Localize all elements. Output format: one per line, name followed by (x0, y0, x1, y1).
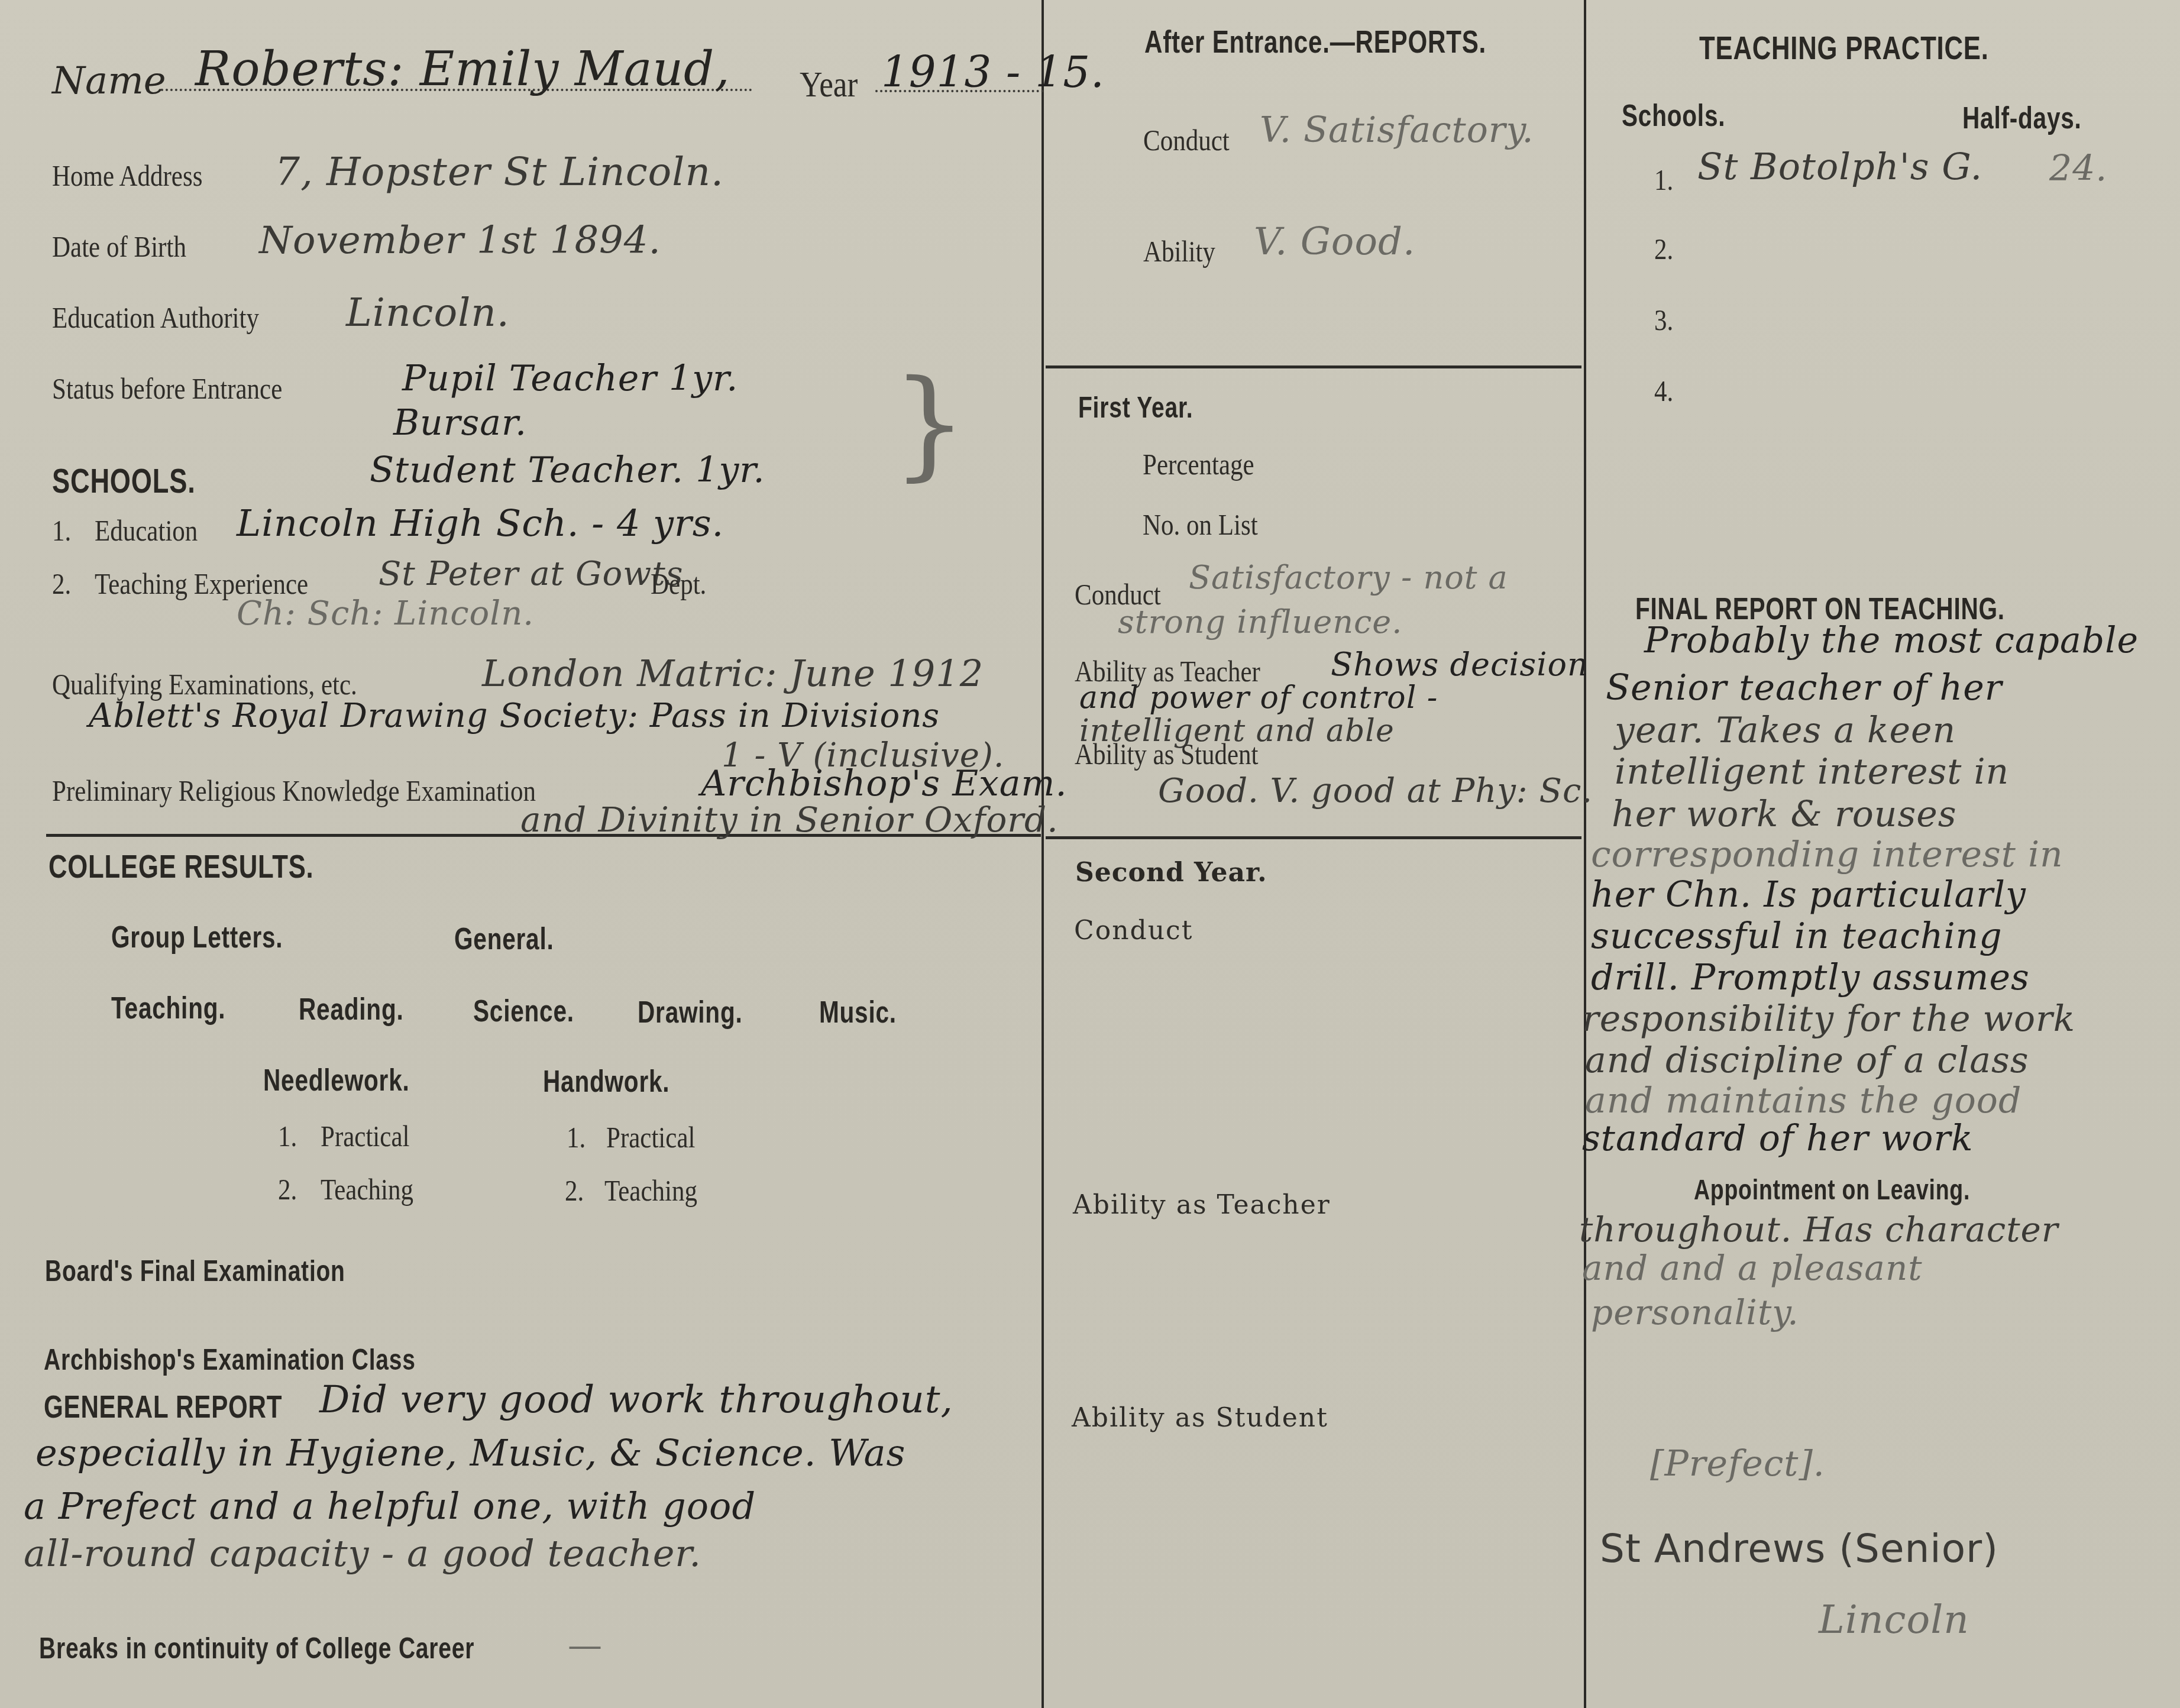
final-report-line-4: intelligent interest in (1615, 751, 2009, 792)
education-authority-value: Lincoln. (346, 290, 510, 335)
first-year-ability-student-label: Ability as Student (1075, 737, 1259, 771)
practice-row-1-num: 1. (1654, 163, 1673, 197)
name-value: Roberts: Emily Maud, (195, 41, 730, 96)
status-bracket: } (892, 355, 968, 493)
final-report-cont-line-1: throughout. Has character (1579, 1209, 2059, 1250)
archbishops-class-label: Archbishop's Examination Class (44, 1343, 416, 1377)
record-card: Name Roberts: Emily Maud, Year 1913 - 15… (0, 0, 2180, 1708)
general-report-line-3: a Prefect and a helpful one, with good (24, 1484, 756, 1528)
group-letters-label: Group Letters. (111, 920, 283, 955)
home-address-value: 7, Hopster St Lincoln. (275, 149, 724, 195)
subject-drawing: Drawing. (638, 995, 743, 1030)
first-year-conduct-line-2: strong influence. (1118, 603, 1402, 640)
status-value-1: Pupil Teacher 1yr. (402, 358, 738, 399)
final-report-cont-line-3: personality. (1591, 1292, 1799, 1332)
general-report-label: GENERAL REPORT (44, 1389, 282, 1425)
final-report-line-12: and maintains the good (1585, 1080, 2021, 1121)
column-divider-right (1584, 0, 1586, 1708)
final-report-cont-line-2: and and a pleasant (1582, 1248, 1923, 1288)
preliminary-value-1: Archbishop's Exam. (701, 763, 1068, 804)
percentage-label: Percentage (1143, 447, 1254, 481)
practice-row-2-num: 2. (1654, 232, 1673, 266)
home-address-label: Home Address (52, 158, 202, 193)
first-year-ability-teacher-line-2: and power of control - (1079, 680, 1438, 716)
practice-row-4-num: 4. (1654, 374, 1673, 408)
handwork-practical-num: 1. (567, 1120, 586, 1154)
entrance-ability-label: Ability (1143, 234, 1215, 269)
final-report-line-6: corresponding interest in (1591, 834, 2063, 875)
practice-row-3-num: 3. (1654, 303, 1673, 337)
general-report-line-4: all-round capacity - a good teacher. (24, 1532, 701, 1575)
general-report-line-1: Did very good work throughout, (319, 1378, 953, 1422)
appointment-line-2: Lincoln (1819, 1597, 1969, 1642)
needlework-teaching: Teaching (321, 1172, 413, 1206)
second-year-ability-teacher-label: Ability as Teacher (1073, 1190, 1331, 1220)
year-value: 1913 - 15. (881, 47, 1105, 97)
teaching-value-2: Ch: Sch: Lincoln. (237, 594, 534, 633)
final-report-line-10: responsibility for the work (1582, 998, 2075, 1040)
status-label: Status before Entrance (52, 371, 282, 406)
dob-value: November 1st 1894. (259, 219, 661, 263)
status-value-2: Bursar. (393, 402, 527, 444)
entrance-conduct-label: Conduct (1143, 123, 1230, 157)
education-num: 1. (52, 513, 71, 548)
subject-reading: Reading. (299, 992, 404, 1027)
rule-middle-top (1046, 365, 1581, 368)
schools-heading: SCHOOLS. (52, 461, 196, 501)
subject-music: Music. (819, 995, 897, 1030)
general-label: General. (454, 921, 554, 957)
appointment-line-1: St Andrews (Senior) (1600, 1526, 1998, 1571)
final-report-line-9: drill. Promptly assumes (1591, 957, 2030, 998)
final-report-line-5: her work & rouses (1612, 794, 1957, 835)
dob-label: Date of Birth (52, 229, 186, 264)
qualifying-value-2: Ablett's Royal Drawing Society: Pass in … (89, 697, 940, 735)
teaching-value-1: St Peter at Gowts (379, 555, 684, 593)
reports-heading: After Entrance.—REPORTS. (1144, 24, 1486, 60)
needlework-label: Needlework. (263, 1063, 410, 1098)
first-year-conduct-line-1: Satisfactory - not a (1189, 559, 1508, 596)
needlework-practical-num: 1. (278, 1119, 297, 1153)
final-report-line-2: Senior teacher of her (1606, 667, 2002, 709)
name-label: Name (52, 59, 166, 103)
teaching-dept: Dept. (651, 567, 706, 601)
entrance-conduct-value: V. Satisfactory. (1260, 109, 1534, 151)
final-report-line-11: and discipline of a class (1585, 1040, 2029, 1081)
first-year-ability-student-value: Good. V. good at Phy: Sc. (1158, 772, 1593, 810)
general-report-line-2: especially in Hygiene, Music, & Science.… (35, 1431, 905, 1474)
education-authority-label: Education Authority (52, 300, 259, 335)
qualifying-value-1: London Matric: June 1912 (482, 652, 984, 695)
second-year-conduct-label: Conduct (1074, 916, 1193, 946)
status-value-3: Student Teacher. 1yr. (370, 449, 765, 491)
rule-middle-bottom (1046, 836, 1581, 839)
preliminary-label: Preliminary Religious Knowledge Examinat… (52, 774, 536, 808)
prefect-note: [Prefect]. (1650, 1443, 1825, 1484)
final-report-line-8: successful in teaching (1591, 916, 2003, 957)
teaching-practice-heading: TEACHING PRACTICE. (1699, 28, 1989, 67)
final-report-line-1: Probably the most capable (1644, 620, 2139, 661)
appointment-heading: Appointment on Leaving. (1694, 1174, 1970, 1206)
final-report-line-7: her Chn. Is particularly (1591, 874, 2026, 916)
education-label: Education (95, 513, 198, 548)
preliminary-value-2: and Divinity in Senior Oxford. (520, 800, 1059, 840)
subject-teaching: Teaching. (111, 991, 225, 1026)
final-report-line-13: standard of her work (1582, 1118, 1973, 1159)
no-on-list-label: No. on List (1143, 507, 1258, 542)
first-year-ability-teacher-line-1: Shows decision (1331, 646, 1589, 683)
breaks-value: — (568, 1625, 603, 1665)
column-divider-left (1042, 0, 1044, 1708)
education-value: Lincoln High Sch. - 4 yrs. (237, 502, 724, 545)
practice-row-1-school: St Botolph's G. (1697, 145, 1982, 188)
college-results-heading: COLLEGE RESULTS. (48, 847, 314, 885)
boards-final-label: Board's Final Examination (45, 1254, 345, 1288)
subject-science: Science. (473, 994, 574, 1029)
first-year-heading: First Year. (1078, 390, 1193, 425)
handwork-teaching: Teaching (604, 1173, 697, 1208)
teaching-num: 2. (52, 567, 71, 601)
final-report-line-3: year. Takes a keen (1615, 710, 1956, 751)
needlework-practical: Practical (321, 1119, 409, 1153)
entrance-ability-value: V. Good. (1254, 220, 1415, 264)
handwork-label: Handwork. (543, 1064, 669, 1099)
handwork-practical: Practical (606, 1120, 695, 1154)
half-days-label: Half-days. (1962, 101, 2082, 136)
second-year-ability-student-label: Ability as Student (1072, 1403, 1328, 1433)
handwork-teaching-num: 2. (565, 1173, 584, 1208)
second-year-heading: Second Year. (1075, 858, 1267, 888)
practice-row-1-half-days: 24. (2049, 148, 2107, 189)
breaks-label: Breaks in continuity of College Career (39, 1631, 474, 1665)
schools-label: Schools. (1622, 98, 1725, 134)
needlework-teaching-num: 2. (278, 1172, 297, 1206)
year-label: Year (800, 64, 858, 106)
